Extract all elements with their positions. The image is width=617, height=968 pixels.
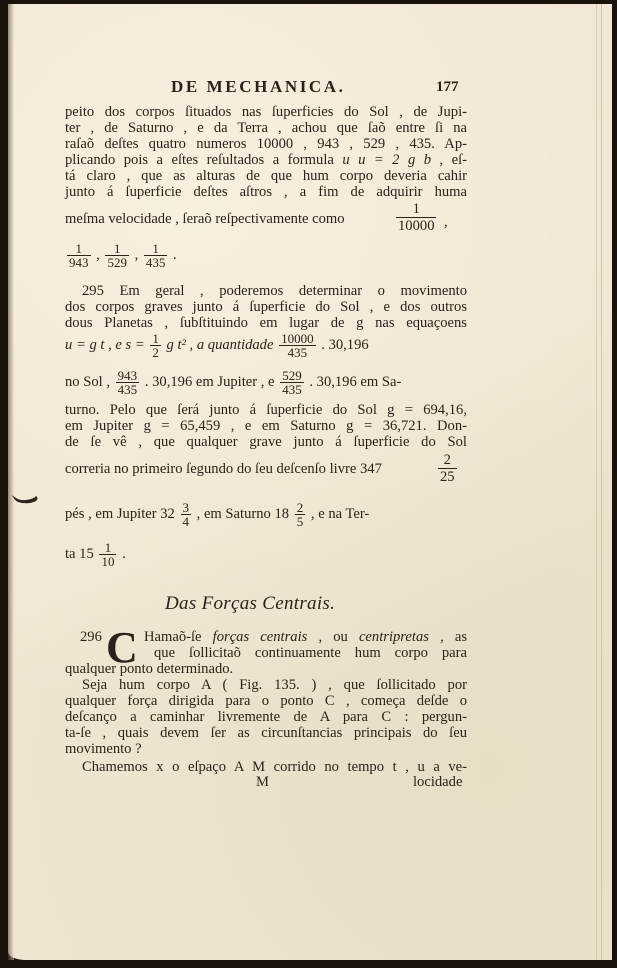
ink-mark <box>12 492 42 504</box>
text-line: Chamemos x o eſpaço A M corrido no tempo… <box>82 759 467 775</box>
text-line: ter , de Saturno , e da Terra , achou qu… <box>65 120 467 136</box>
fraction: 1435 <box>144 242 168 269</box>
text-line: qualquer força dirigida para o ponto C ,… <box>65 693 467 709</box>
text-line: Seja hum corpo A ( Fig. 135. ) , que ſol… <box>82 677 467 693</box>
equation-line: ta 15 110 . <box>65 541 126 568</box>
text-line: raſaõ deſtes quatro numeros 10000 , 943 … <box>65 136 467 152</box>
section-title: Das Forças Centrais. <box>165 593 335 615</box>
text-line: correria no primeiro ſegundo do ſeu deſc… <box>65 461 382 477</box>
fraction: 943435 <box>116 369 140 396</box>
text-line: qualquer ponto determinado. <box>65 661 467 677</box>
text-line: peito dos corpos ſituados nas ſuperficie… <box>65 104 467 120</box>
text-line: plicando pois a eſtes reſultados a formu… <box>65 152 467 168</box>
fraction: 1529 <box>105 242 129 269</box>
text-line: deſcanço a caminhar livremente de A para… <box>65 709 467 725</box>
text-segment: plicando pois a eſtes reſultados a formu… <box>65 152 342 168</box>
text-line: de ſe vê , que qualquer grave junto á ſu… <box>65 434 467 450</box>
paragraph-295-start: 295 Em geral , poderemos determinar o mo… <box>82 283 467 299</box>
fraction: 12 <box>150 332 161 359</box>
text-line: junto á ſuperficie deſtes aſtros , a fim… <box>65 184 467 200</box>
catchword: locidade <box>413 774 462 790</box>
page-header: DE MECHANICA. 177 <box>8 77 612 97</box>
text-line: que ſollicitaõ continuamente hum corpo p… <box>154 645 467 661</box>
text-line: em Jupiter g = 65,459 , e em Saturno g =… <box>65 418 467 434</box>
fraction: 1943 <box>67 242 91 269</box>
text-line: Hamaõ-ſe forças centrais , ou centripret… <box>144 629 467 645</box>
fraction: 10000435 <box>279 332 316 359</box>
paragraph-number: 296 <box>80 629 102 645</box>
text-line: dous Planetas , ſubſtituindo em lugar de… <box>65 315 467 331</box>
text-line: turno. Pelo que ſerá junto á ſuperficie … <box>65 402 467 418</box>
running-title: DE MECHANICA. <box>171 77 346 97</box>
equation-line: pés , em Jupiter 32 34 , em Saturno 18 2… <box>65 501 369 528</box>
text-line: ta-ſe , quais devem ſer as circunſtancia… <box>65 725 467 741</box>
fraction: 34 <box>181 501 192 528</box>
fraction: 25 <box>295 501 306 528</box>
fraction: 1 10000 <box>396 201 436 234</box>
text-segment: , eſ- <box>431 152 467 168</box>
equation-line: no Sol , 943435 . 30,196 em Jupiter , e … <box>65 369 401 396</box>
fraction: 529435 <box>280 369 304 396</box>
equation-line: u = g t , e s = 12 g t² , a quantidade 1… <box>65 332 369 359</box>
binding-shadow <box>8 4 14 960</box>
fraction: 225 <box>438 452 457 485</box>
fraction: 110 <box>99 541 116 568</box>
signature-mark: M <box>256 774 269 790</box>
text-line: movimento ? <box>65 741 467 757</box>
book-page: DE MECHANICA. 177 peito dos corpos ſitua… <box>8 4 612 960</box>
formula: u u = 2 g b <box>342 152 431 168</box>
fraction-row: 1943 , 1529 , 1435 . <box>65 242 177 269</box>
comma: , <box>444 214 448 230</box>
text-line: meſma velocidade , ſeraõ reſpectivamente… <box>65 211 345 227</box>
text-line: dos corpos graves junto á ſuperficie do … <box>65 299 467 315</box>
page-edge <box>596 4 602 960</box>
page-number: 177 <box>436 79 459 96</box>
text-line: tá claro , que as alturas de que hum cor… <box>65 168 467 184</box>
